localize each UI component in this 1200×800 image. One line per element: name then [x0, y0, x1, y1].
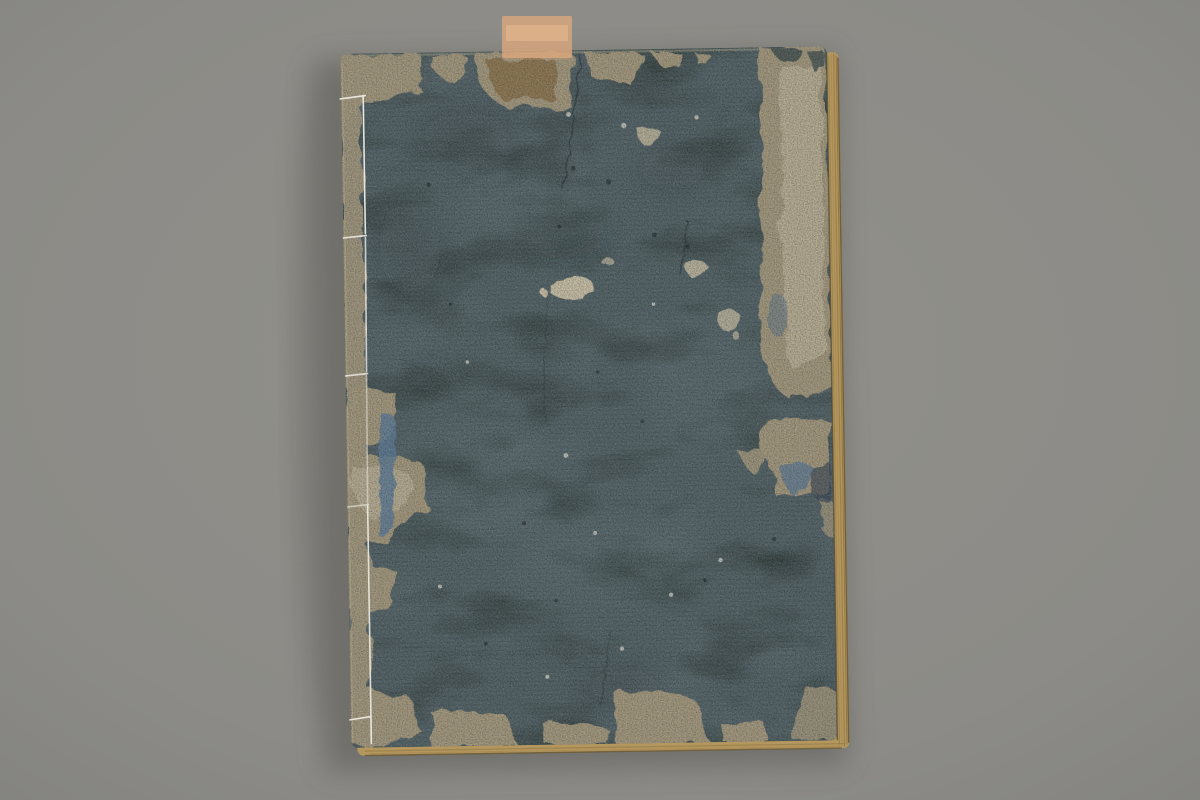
book-photo-canvas — [0, 0, 1200, 800]
tape-overlap — [504, 50, 570, 60]
photograph — [0, 0, 1200, 800]
book — [335, 44, 850, 756]
conservation-tape — [502, 16, 572, 60]
front-cover — [335, 44, 838, 748]
grain-light — [341, 46, 838, 748]
tape-highlight — [506, 25, 568, 41]
